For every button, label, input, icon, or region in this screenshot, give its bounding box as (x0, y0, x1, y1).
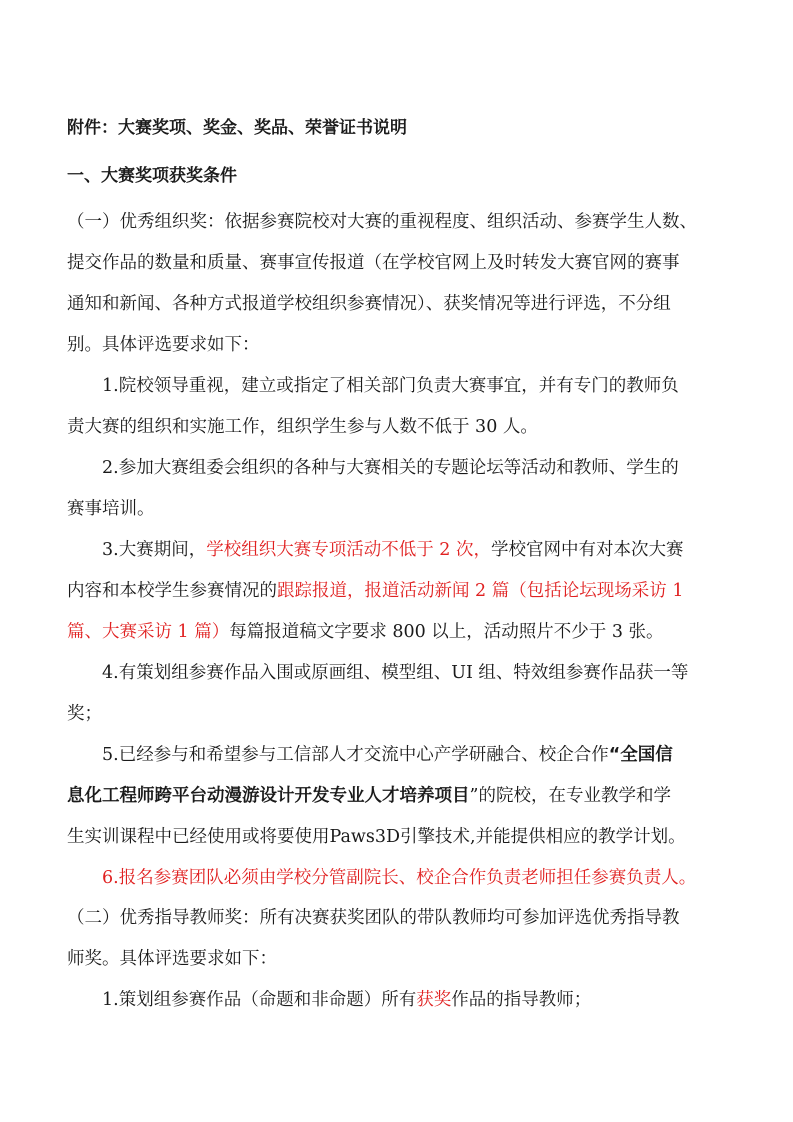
paragraph-line: 提交作品的数量和质量、赛事宣传报道（在学校官网上及时转发大赛官网的赛事 (67, 251, 680, 275)
text-run: 5.已经参与和希望参与工信部人才交流中心产学研融合、校企合作 (102, 745, 609, 765)
section-heading: 一、大赛奖项获奖条件 (67, 164, 237, 188)
list-item-line: 奖； (67, 702, 102, 726)
bold-text: “全国信 (609, 745, 673, 765)
list-item-line: 责大赛的组织和实施工作，组织学生参与人数不低于 30 人。 (67, 415, 538, 439)
text-run: 1.策划组参赛作品（命题和非命题）所有 (102, 990, 416, 1010)
text-run: ”的院校，在专业教学和学 (470, 786, 671, 806)
text-run: 学校官网中有对本次大赛 (491, 540, 684, 560)
highlight-list-item: 6.报名参赛团队必须由学校分管副院长、校企合作负责老师担任参赛负责人。 (102, 866, 696, 890)
list-item-line: 1.院校领导重视，建立或指定了相关部门负责大赛事宜，并有专门的教师负 (102, 374, 679, 398)
list-item-line: 5.已经参与和希望参与工信部人才交流中心产学研融合、校企合作“全国信 (102, 743, 673, 767)
document-page: 附件：大赛奖项、奖金、奖品、荣誉证书说明 一、大赛奖项获奖条件 （一）优秀组织奖… (0, 0, 793, 1122)
list-item-line: 3.大赛期间，学校组织大赛专项活动不低于 2 次，学校官网中有对本次大赛 (102, 538, 683, 562)
list-item-line: 4.有策划组参赛作品入围或原画组、模型组、UI 组、特效组参赛作品获一等 (102, 661, 688, 685)
document-title: 附件：大赛奖项、奖金、奖品、荣誉证书说明 (67, 116, 407, 140)
paragraph-line: 别。具体评选要求如下： (67, 333, 260, 357)
list-item-line: 内容和本校学生参赛情况的跟踪报道，报道活动新闻 2 篇（包括论坛现场采访 1 (67, 579, 683, 603)
highlight-text: 跟踪报道，报道活动新闻 2 篇（包括论坛现场采访 1 (277, 581, 683, 601)
highlight-text: 获奖 (416, 990, 451, 1010)
text-run: 3.大赛期间， (102, 540, 206, 560)
paragraph-line: 师奖。具体评选要求如下： (67, 947, 277, 971)
paragraph-line: 通知和新闻、各种方式报道学校组织参赛情况）、获奖情况等进行评选，不分组 (67, 292, 671, 316)
list-item-line: 赛事培训。 (67, 497, 155, 521)
text-run: 内容和本校学生参赛情况的 (67, 581, 277, 601)
text-run: 作品的指导教师； (451, 990, 591, 1010)
bold-text: 息化工程师跨平台动漫游设计开发专业人才培养项目 (67, 786, 470, 806)
list-item-line: 生实训课程中已经使用或将要使用Paws3D引擎技术,并能提供相应的教学计划。 (67, 825, 686, 849)
list-item-line: 1.策划组参赛作品（命题和非命题）所有获奖作品的指导教师； (102, 988, 591, 1012)
highlight-text: 篇、大赛采访 1 篇） (67, 622, 229, 642)
text-run: 每篇报道稿文字要求 800 以上，活动照片不少于 3 张。 (229, 622, 663, 642)
list-item-line: 2.参加大赛组委会组织的各种与大赛相关的专题论坛等活动和教师、学生的 (102, 456, 679, 480)
paragraph-line: （一）优秀组织奖：依据参赛院校对大赛的重视程度、组织活动、参赛学生人数、 (67, 210, 697, 234)
list-item-line: 息化工程师跨平台动漫游设计开发专业人才培养项目”的院校，在专业教学和学 (67, 784, 671, 808)
list-item-line: 篇、大赛采访 1 篇）每篇报道稿文字要求 800 以上，活动照片不少于 3 张。 (67, 620, 664, 644)
paragraph-line: （二）优秀指导教师奖：所有决赛获奖团队的带队教师均可参加评选优秀指导教 (67, 906, 680, 930)
highlight-text: 学校组织大赛专项活动不低于 2 次， (206, 540, 491, 560)
